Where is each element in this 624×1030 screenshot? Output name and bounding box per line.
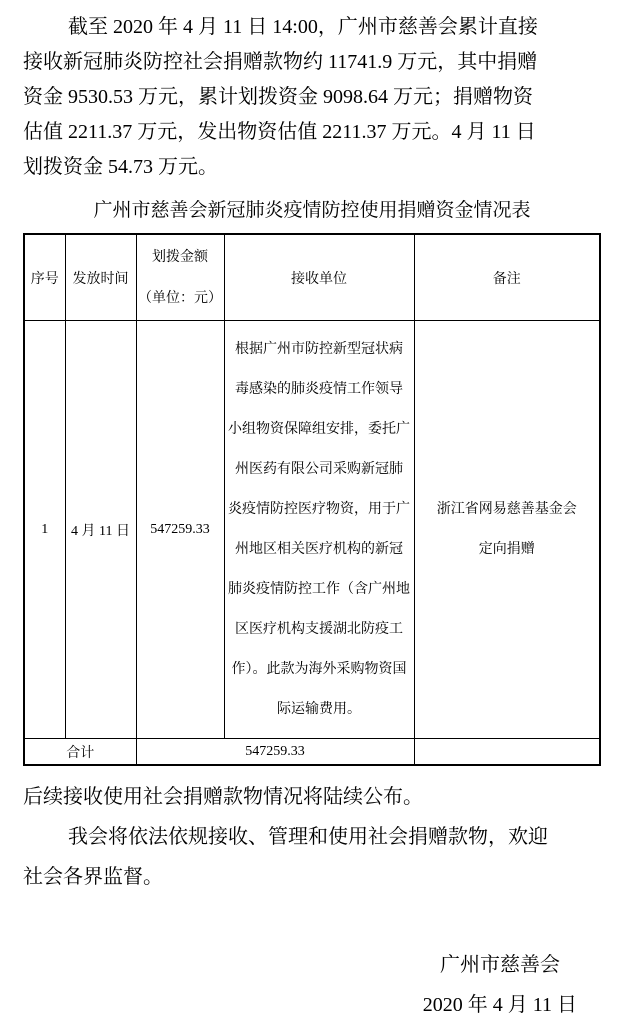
table-title: 广州市慈善会新冠肺炎疫情防控使用捐赠资金情况表 bbox=[0, 201, 624, 221]
cell-no: 1 bbox=[24, 321, 65, 739]
intro-line: 划拨资金 54.73 万元。 bbox=[23, 150, 604, 185]
remark-line: 浙江省网易慈善基金会 bbox=[415, 490, 600, 530]
signature-org: 广州市慈善会 bbox=[0, 945, 624, 985]
total-amount-cell: 547259.33 bbox=[136, 739, 414, 766]
footer-line: 后续接收使用社会捐赠款物情况将陆续公布。 bbox=[23, 777, 604, 817]
donation-funds-table: 序号 发放时间 划拨金额 （单位：元） 接收单位 备注 1 4 月 11 日 5… bbox=[23, 233, 601, 766]
recipient-line: 肺炎疫情防控工作（含广州地 bbox=[225, 570, 414, 610]
document-page: 截至 2020 年 4 月 11 日 14:00，广州市慈善会累计直接 接收新冠… bbox=[0, 0, 624, 1025]
intro-line: 截至 2020 年 4 月 11 日 14:00，广州市慈善会累计直接 bbox=[23, 10, 604, 45]
intro-paragraph: 截至 2020 年 4 月 11 日 14:00，广州市慈善会累计直接 接收新冠… bbox=[23, 0, 604, 185]
recipient-line: 根据广州市防控新型冠状病 bbox=[225, 330, 414, 370]
header-cell-remark: 备注 bbox=[414, 234, 600, 321]
intro-line: 接收新冠肺炎防控社会捐赠款物约 11741.9 万元，其中捐赠 bbox=[23, 45, 604, 80]
intro-line: 资金 9530.53 万元，累计划拨资金 9098.64 万元；捐赠物资 bbox=[23, 80, 604, 115]
header-cell-recipient: 接收单位 bbox=[224, 234, 414, 321]
cell-amount: 547259.33 bbox=[136, 321, 224, 739]
signature-date: 2020 年 4 月 11 日 bbox=[0, 985, 624, 1025]
header-amount-line1: 划拨金额 bbox=[137, 237, 224, 278]
footer-paragraph-2: 我会将依法依规接收、管理和使用社会捐赠款物，欢迎 社会各界监督。 bbox=[23, 817, 604, 897]
recipient-line: 毒感染的肺炎疫情工作领导 bbox=[225, 370, 414, 410]
cell-remark: 浙江省网易慈善基金会 定向捐赠 bbox=[414, 321, 600, 739]
total-remark-cell bbox=[414, 739, 600, 766]
table-row: 1 4 月 11 日 547259.33 根据广州市防控新型冠状病 毒感染的肺炎… bbox=[24, 321, 600, 739]
recipient-line: 小组物资保障组安排，委托广 bbox=[225, 410, 414, 450]
signature-block: 广州市慈善会 2020 年 4 月 11 日 bbox=[0, 945, 624, 1025]
recipient-line: 州医药有限公司采购新冠肺 bbox=[225, 450, 414, 490]
cell-recipient: 根据广州市防控新型冠状病 毒感染的肺炎疫情工作领导 小组物资保障组安排，委托广 … bbox=[224, 321, 414, 739]
table-header-row: 序号 发放时间 划拨金额 （单位：元） 接收单位 备注 bbox=[24, 234, 600, 321]
header-cell-date: 发放时间 bbox=[65, 234, 136, 321]
remark-line: 定向捐赠 bbox=[415, 530, 600, 570]
recipient-line: 区医疗机构支援湖北防疫工 bbox=[225, 610, 414, 650]
header-cell-amount: 划拨金额 （单位：元） bbox=[136, 234, 224, 321]
footer-paragraph-1: 后续接收使用社会捐赠款物情况将陆续公布。 bbox=[23, 777, 604, 817]
table-total-row: 合计 547259.33 bbox=[24, 739, 600, 766]
intro-line: 估值 2211.37 万元，发出物资估值 2211.37 万元。4 月 11 日 bbox=[23, 115, 604, 150]
recipient-line: 州地区相关医疗机构的新冠 bbox=[225, 530, 414, 570]
cell-date: 4 月 11 日 bbox=[65, 321, 136, 739]
total-label-cell: 合计 bbox=[24, 739, 136, 766]
header-amount-line2: （单位：元） bbox=[137, 278, 224, 319]
footer-line: 我会将依法依规接收、管理和使用社会捐赠款物，欢迎 bbox=[23, 817, 604, 857]
footer-line: 社会各界监督。 bbox=[23, 857, 604, 897]
recipient-line: 作）。此款为海外采购物资国 bbox=[225, 650, 414, 690]
header-cell-no: 序号 bbox=[24, 234, 65, 321]
recipient-line: 际运输费用。 bbox=[225, 690, 414, 730]
recipient-line: 炎疫情防控医疗物资，用于广 bbox=[225, 490, 414, 530]
